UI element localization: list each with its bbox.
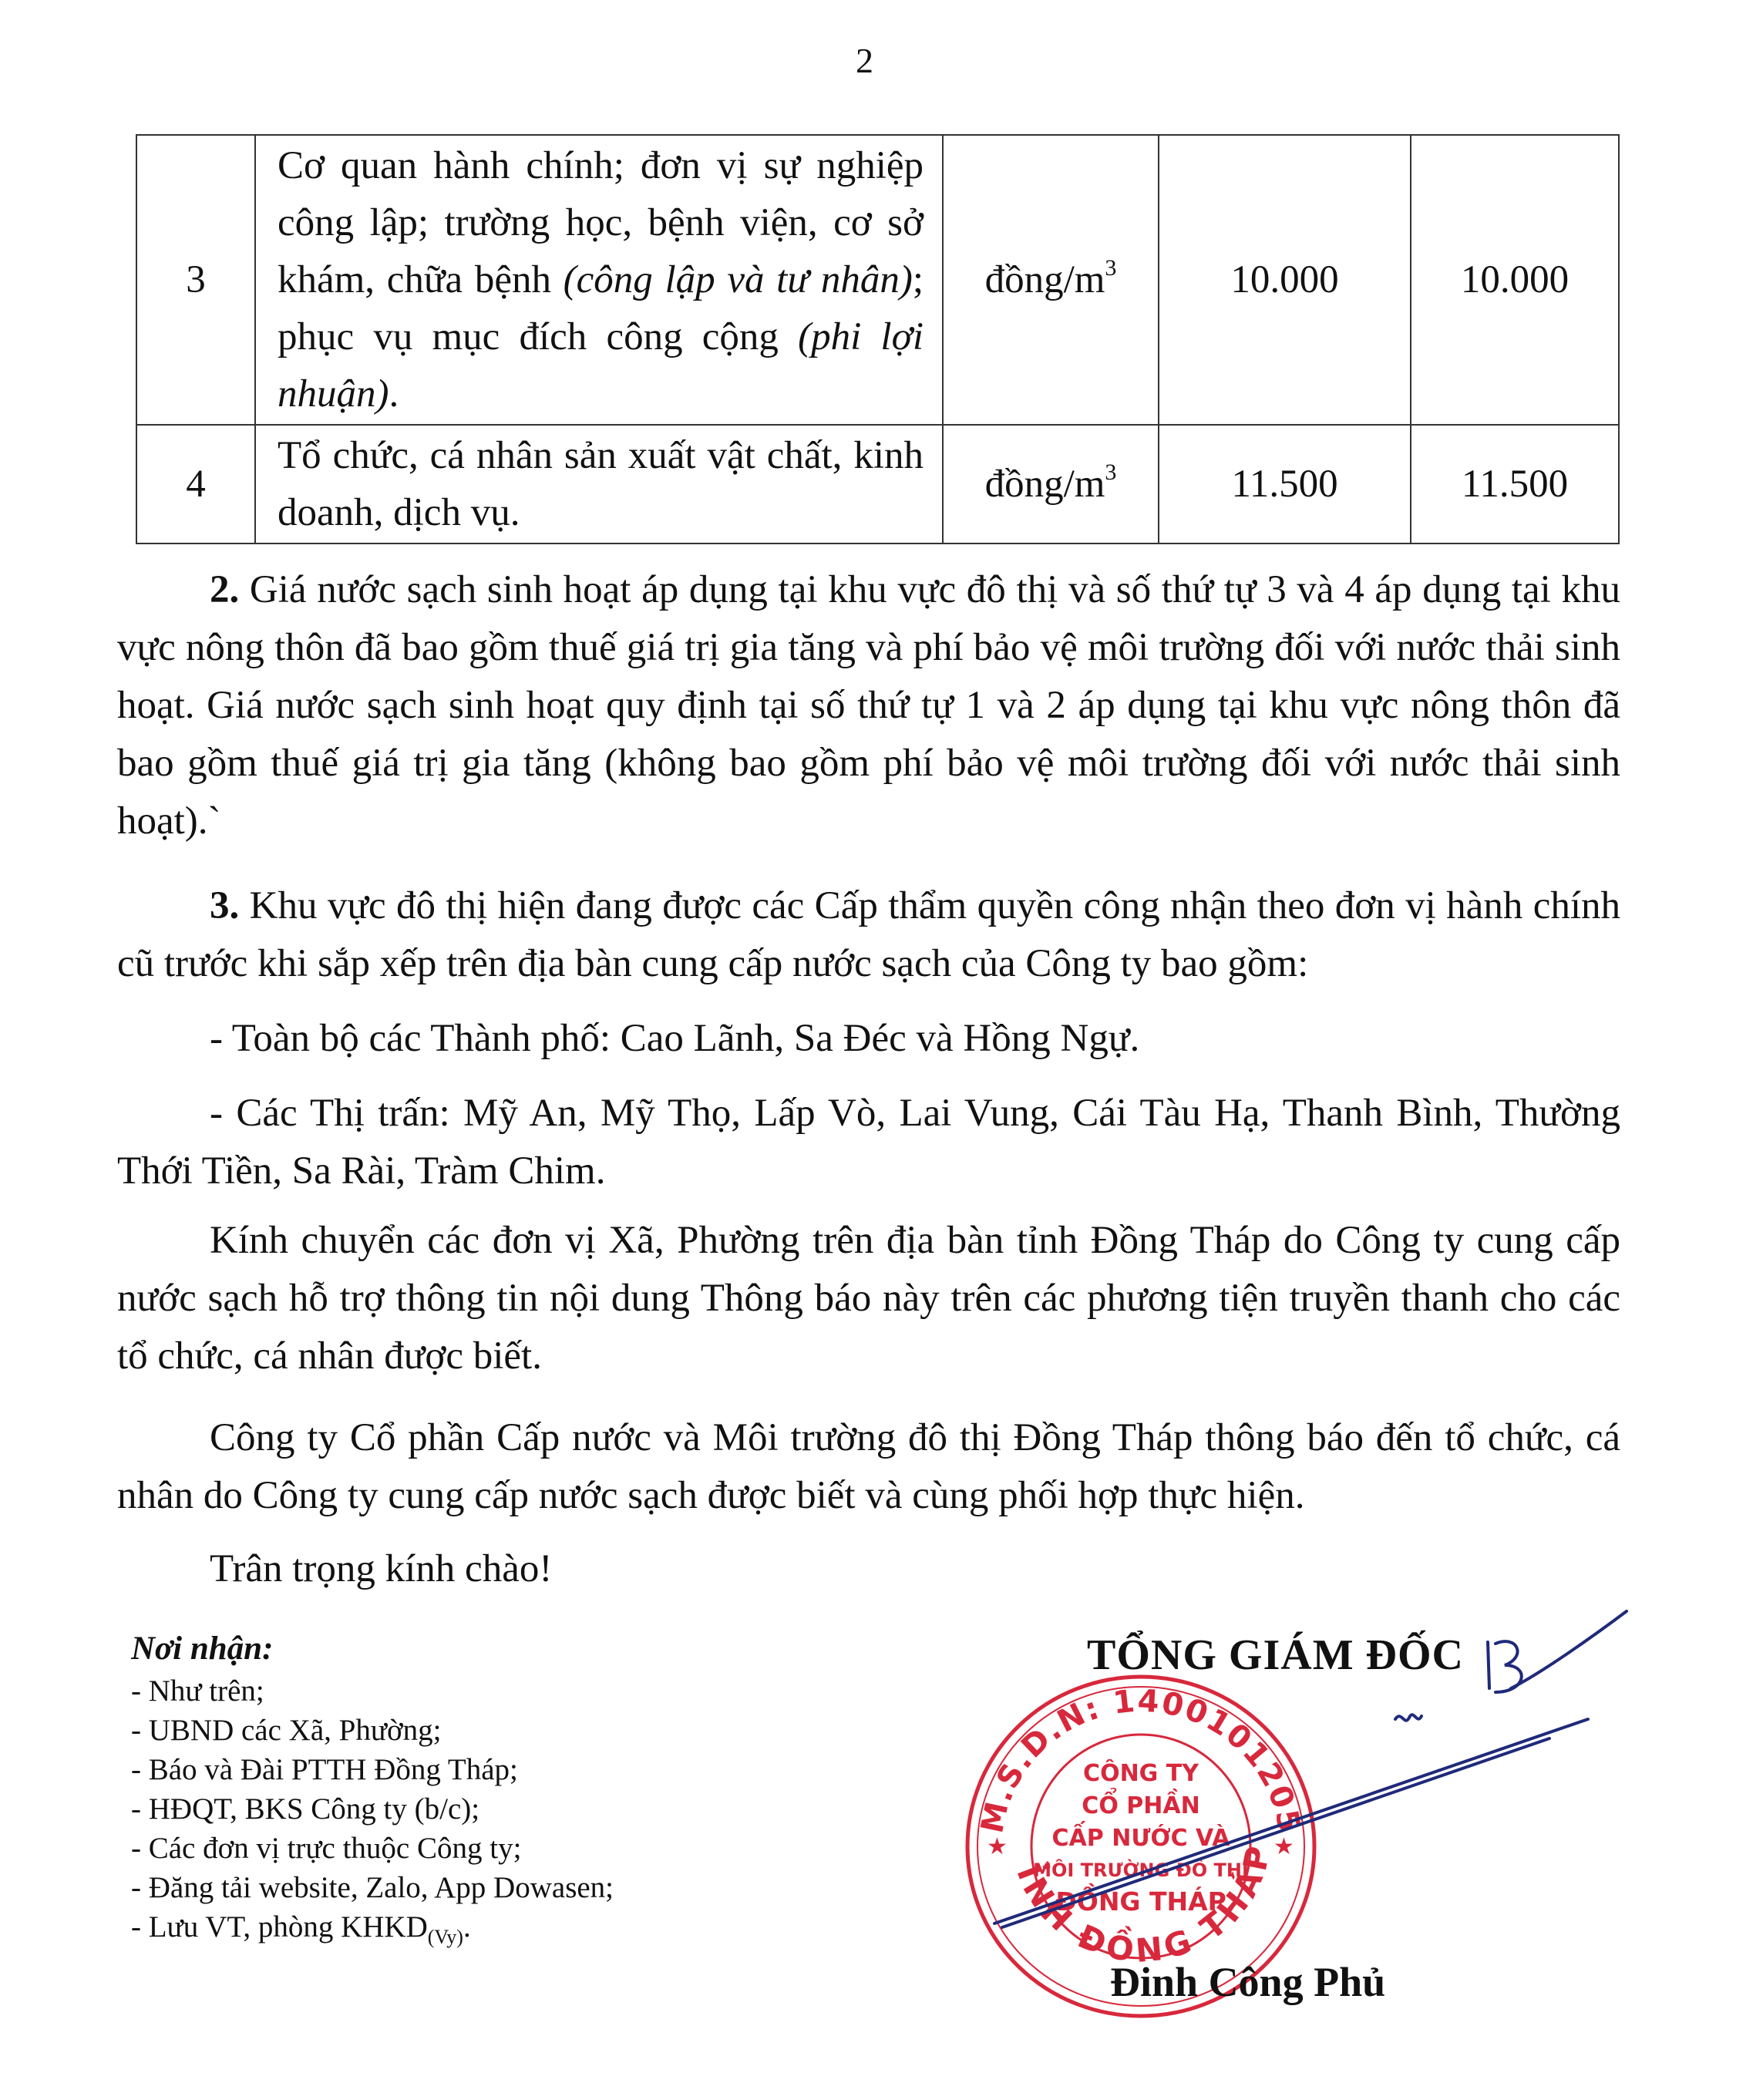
- notice-paragraph: Công ty Cổ phần Cấp nước và Môi trường đ…: [117, 1409, 1620, 1525]
- recipient-item: - Lưu VT, phòng KHKD(Vy).: [131, 1907, 614, 1957]
- section-3: 3. Khu vực đô thị hiện đang được các Cấp…: [117, 877, 1620, 1200]
- unit: đồng/m3: [943, 425, 1159, 544]
- recipient-sub: (Vy): [428, 1926, 463, 1948]
- water-price-table: 3 Cơ quan hành chính; đơn vị sự nghiệp c…: [136, 134, 1620, 544]
- section-number: 2.: [210, 568, 239, 611]
- unit-base: đồng/m: [985, 463, 1105, 506]
- recipient-text: - Lưu VT, phòng KHKD: [131, 1910, 428, 1944]
- list-item-towns: - Các Thị trấn: Mỹ An, Mỹ Thọ, Lấp Vò, L…: [117, 1085, 1620, 1200]
- recipient-end: .: [463, 1910, 471, 1944]
- row-number: 4: [136, 425, 255, 544]
- row-number: 3: [136, 135, 255, 425]
- recipient-item: - HĐQT, BKS Công ty (b/c);: [131, 1789, 614, 1829]
- section-3-paragraph: 3. Khu vực đô thị hiện đang được các Cấp…: [117, 877, 1620, 993]
- recipient-item: - Đăng tải website, Zalo, App Dowasen;: [131, 1868, 614, 1907]
- price-urban: 10.000: [1159, 135, 1411, 425]
- section-number: 3.: [210, 884, 239, 927]
- section-text: Khu vực đô thị hiện đang được các Cấp th…: [117, 884, 1620, 985]
- notice-text: Công ty Cổ phần Cấp nước và Môi trường đ…: [117, 1409, 1620, 1525]
- page-number: 2: [856, 43, 873, 79]
- request-paragraph: Kính chuyển các đơn vị Xã, Phường trên đ…: [117, 1212, 1620, 1385]
- desc-text: .: [389, 372, 399, 416]
- signature-block: TỔNG GIÁM ĐỐC M.S.D.N: 1400101205 TỈNH Đ…: [956, 1588, 1634, 2081]
- section-2-paragraph: 2. Giá nước sạch sinh hoạt áp dụng tại k…: [117, 561, 1620, 850]
- section-text: Giá nước sạch sinh hoạt áp dụng tại khu …: [117, 568, 1620, 843]
- section-2: 2. Giá nước sạch sinh hoạt áp dụng tại k…: [117, 561, 1620, 850]
- recipient-item: - Các đơn vị trực thuộc Công ty;: [131, 1829, 614, 1868]
- recipient-item: - Báo và Đài PTTH Đồng Tháp;: [131, 1750, 614, 1789]
- desc-text: Tổ chức, cá nhân sản xuất vật chất, kinh…: [278, 434, 924, 534]
- recipient-item: - UBND các Xã, Phường;: [131, 1711, 614, 1750]
- desc-italic: (công lập và tư nhân): [564, 258, 913, 301]
- price-rural: 11.500: [1411, 425, 1619, 544]
- table-row: 3 Cơ quan hành chính; đơn vị sự nghiệp c…: [136, 135, 1619, 425]
- unit-sup: 3: [1105, 459, 1116, 485]
- unit-base: đồng/m: [985, 258, 1105, 301]
- unit-sup: 3: [1105, 255, 1116, 281]
- price-urban: 11.500: [1159, 425, 1411, 544]
- request-text: Kính chuyển các đơn vị Xã, Phường trên đ…: [117, 1212, 1620, 1385]
- customer-category: Cơ quan hành chính; đơn vị sự nghiệp côn…: [255, 135, 943, 425]
- table-row: 4 Tổ chức, cá nhân sản xuất vật chất, ki…: [136, 425, 1619, 544]
- recipients-title: Nơi nhận:: [131, 1627, 614, 1671]
- unit: đồng/m3: [943, 135, 1159, 425]
- recipient-item: - Như trên;: [131, 1671, 614, 1711]
- recipients-list: Nơi nhận: - Như trên; - UBND các Xã, Phư…: [131, 1627, 614, 1957]
- list-item-cities: - Toàn bộ các Thành phố: Cao Lãnh, Sa Đé…: [117, 1010, 1620, 1068]
- customer-category: Tổ chức, cá nhân sản xuất vật chất, kinh…: [255, 425, 943, 544]
- handwritten-signature-icon: [956, 1588, 1634, 2020]
- price-rural: 10.000: [1411, 135, 1619, 425]
